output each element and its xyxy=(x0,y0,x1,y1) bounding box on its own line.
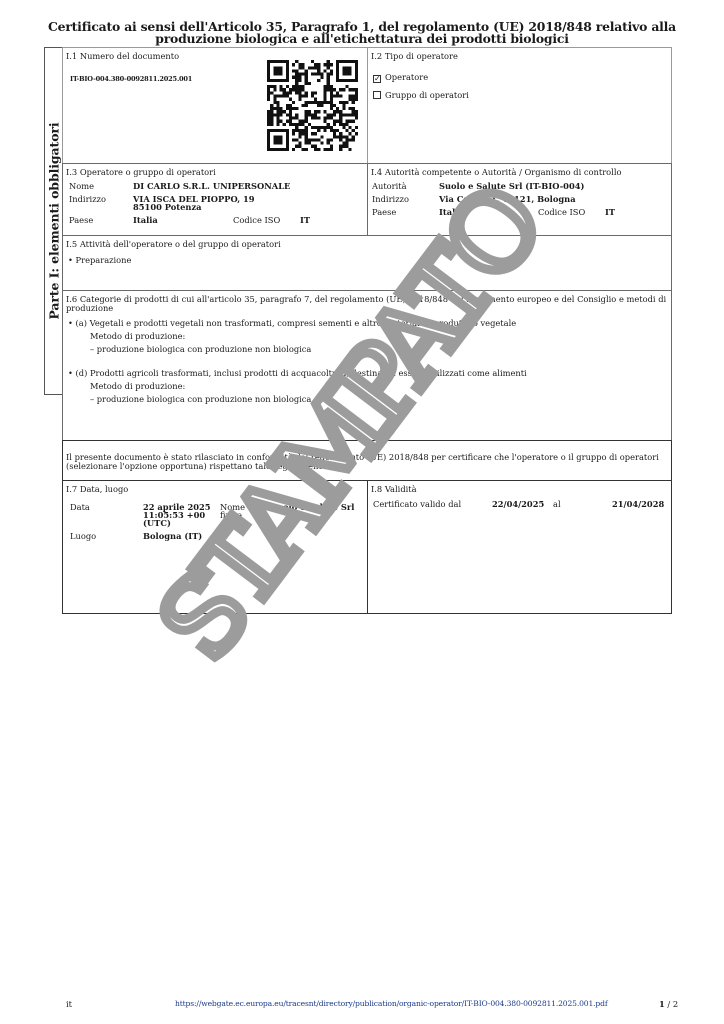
category-d-title: • (d) Prodotti agricoli trasformati, inc… xyxy=(68,369,527,378)
iso-key: Codice ISO xyxy=(233,216,280,225)
signature-value: Suolo e Salute Srl xyxy=(271,503,354,512)
option-operatore[interactable]: ✓Operatore xyxy=(373,73,428,83)
authority-key: Autorità xyxy=(372,182,407,191)
category-d-method-label: Metodo di produzione: xyxy=(90,382,185,391)
document-number: IT-BIO-004.380-0092811.2025.001 xyxy=(70,75,192,84)
checkbox-unchecked-icon[interactable] xyxy=(373,91,381,99)
page-separator: / xyxy=(665,999,673,1009)
statement-line-2: (selezionare l'opzione opportuna) rispet… xyxy=(66,462,659,471)
place-value: Bologna (IT) xyxy=(143,532,202,541)
category-d-method-value: – produzione biologica con produzione no… xyxy=(90,395,311,404)
valid-from-key: Certificato valido dal xyxy=(373,500,461,509)
i3-label: I.3 Operatore o gruppo di operatori xyxy=(66,167,216,177)
section-i8-validity: I.8 Validità Certificato valido dal 22/0… xyxy=(367,480,672,614)
document-title: Certificato ai sensi dell'Articolo 35, P… xyxy=(40,21,684,45)
i6-label: I.6 Categorie di prodotti di cui all'art… xyxy=(66,295,666,312)
section-i3-operator: I.3 Operatore o gruppo di operatori Nome… xyxy=(62,163,368,236)
i4-label: I.4 Autorità competente o Autorità / Org… xyxy=(371,167,621,177)
i1-label: I.1 Numero del documento xyxy=(66,51,179,61)
signature-key-line-2: firma xyxy=(220,511,253,519)
category-a-method-label: Metodo di produzione: xyxy=(90,332,185,341)
authority-iso-value: IT xyxy=(605,208,615,217)
i8-label: I.8 Validità xyxy=(371,484,417,494)
option-gruppo-di-operatori[interactable]: Gruppo di operatori xyxy=(373,91,469,100)
date-line-3: (UTC) xyxy=(143,519,211,527)
title-line-2: produzione biologica e all'etichettatura… xyxy=(40,33,684,45)
activity-item: • Preparazione xyxy=(68,256,131,265)
signature-key: Nome e firma xyxy=(220,503,253,519)
conformity-statement: Il presente documento è stato rilasciato… xyxy=(62,440,672,481)
valid-from-value: 22/04/2025 xyxy=(492,500,544,509)
authority-address-key: Indirizzo xyxy=(372,195,409,204)
address-key: Indirizzo xyxy=(69,195,106,204)
authority-country-value: Italia xyxy=(439,208,464,217)
i6-label-line-1: I.6 Categorie di prodotti di cui all'art… xyxy=(66,295,666,304)
checkbox-checked-icon[interactable]: ✓ xyxy=(373,75,381,83)
i2-label: I.2 Tipo di operatore xyxy=(371,51,458,61)
i6-label-line-2: produzione xyxy=(66,304,666,313)
iso-value: IT xyxy=(300,216,310,225)
address-line-2: 85100 Potenza xyxy=(133,203,202,212)
page-total: 2 xyxy=(673,999,678,1009)
footer-url-link[interactable]: https://webgate.ec.europa.eu/tracesnt/di… xyxy=(175,999,608,1008)
statement-text: Il presente documento è stato rilasciato… xyxy=(66,453,659,470)
valid-to-key: al xyxy=(553,500,561,509)
section-i4-authority: I.4 Autorità competente o Autorità / Org… xyxy=(367,163,672,236)
section-i2-operator-type: I.2 Tipo di operatore ✓Operatore Gruppo … xyxy=(367,47,672,164)
operator-name: DI CARLO S.R.L. UNIPERSONALE xyxy=(133,182,290,191)
country-key: Paese xyxy=(69,216,93,225)
date-value: 22 aprile 2025 11:05:53 +00 (UTC) xyxy=(143,503,211,527)
section-i5-activities: I.5 Attività dell'operatore o del gruppo… xyxy=(62,235,672,291)
i5-label: I.5 Attività dell'operatore o del gruppo… xyxy=(66,239,281,249)
category-a-method-value: – produzione biologica con produzione no… xyxy=(90,345,311,354)
option-label: Operatore xyxy=(385,72,428,82)
authority-country-key: Paese xyxy=(372,208,396,217)
place-key: Luogo xyxy=(70,532,96,541)
authority-value: Suolo e Salute Srl (IT-BIO-004) xyxy=(439,182,584,191)
i7-label: I.7 Data, luogo xyxy=(66,484,128,494)
section-i6-product-categories: I.6 Categorie di prodotti di cui all'art… xyxy=(62,290,672,441)
authority-address-value: Via Cairoli 1, 40121, Bologna xyxy=(439,195,576,204)
part-one-side-box: Parte I: elementi obbligatori xyxy=(44,47,62,395)
valid-to-value: 21/04/2028 xyxy=(612,500,664,509)
name-key: Nome xyxy=(69,182,94,191)
footer-language: it xyxy=(66,999,72,1009)
footer-page-number: 1 / 2 xyxy=(659,999,678,1009)
part-one-label: Parte I: elementi obbligatori xyxy=(46,122,61,319)
country-value: Italia xyxy=(133,216,158,225)
section-i7-date-place: I.7 Data, luogo Data 22 aprile 2025 11:0… xyxy=(62,480,368,614)
authority-iso-key: Codice ISO xyxy=(538,208,585,217)
qr-code-icon xyxy=(267,60,358,151)
date-key: Data xyxy=(70,503,90,512)
category-a-title: • (a) Vegetali e prodotti vegetali non t… xyxy=(68,319,516,328)
option-label: Gruppo di operatori xyxy=(385,90,469,100)
